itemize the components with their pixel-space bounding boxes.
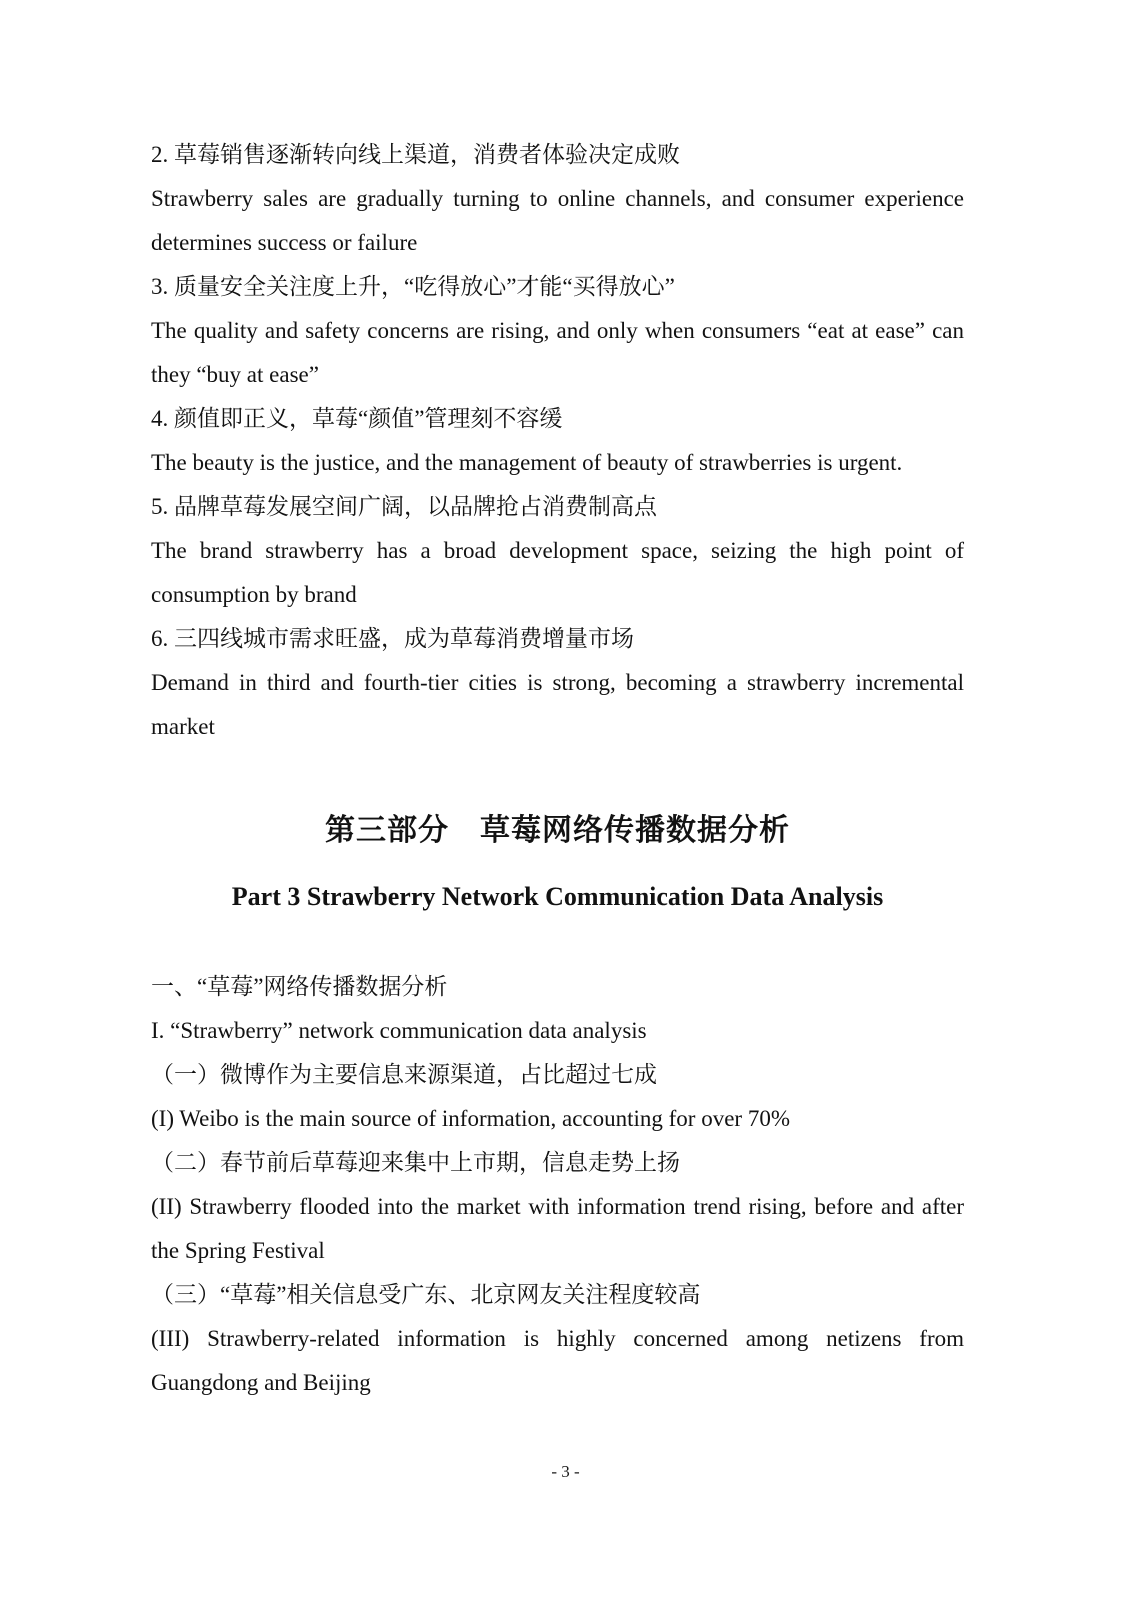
point-2-title-cn: 2. 草莓销售逐渐转向线上渠道，消费者体验决定成败 <box>151 133 964 177</box>
document-page: 2. 草莓销售逐渐转向线上渠道，消费者体验决定成败 Strawberry sal… <box>0 0 1131 1600</box>
point-6-title-cn: 6. 三四线城市需求旺盛，成为草莓消费增量市场 <box>151 617 964 661</box>
analysis-sub1-cn: （一）微博作为主要信息来源渠道，占比超过七成 <box>151 1053 964 1097</box>
section-heading-en: Part 3 Strawberry Network Communication … <box>151 867 964 927</box>
analysis-sub3-en: (III) Strawberry-related information is … <box>151 1317 964 1405</box>
analysis-sub3-cn: （三）“草莓”相关信息受广东、北京网友关注程度较高 <box>151 1273 964 1317</box>
analysis-sub2-cn: （二）春节前后草莓迎来集中上市期，信息走势上扬 <box>151 1141 964 1185</box>
point-5-title-cn: 5. 品牌草莓发展空间广阔，以品牌抢占消费制高点 <box>151 485 964 529</box>
point-5-text-en: The brand strawberry has a broad develop… <box>151 529 964 617</box>
point-4-title-cn: 4. 颜值即正义，草莓“颜值”管理刻不容缓 <box>151 397 964 441</box>
point-6-text-en: Demand in third and fourth-tier cities i… <box>151 661 964 749</box>
section-heading-cn: 第三部分 草莓网络传播数据分析 <box>151 801 964 861</box>
analysis-heading-en: I. “Strawberry” network communication da… <box>151 1009 964 1053</box>
point-3-title-cn: 3. 质量安全关注度上升，“吃得放心”才能“买得放心” <box>151 265 964 309</box>
analysis-sub2-en: (II) Strawberry flooded into the market … <box>151 1185 964 1273</box>
analysis-heading-cn: 一、“草莓”网络传播数据分析 <box>151 965 964 1009</box>
point-4-text-en: The beauty is the justice, and the manag… <box>151 441 964 485</box>
point-2-text-en: Strawberry sales are gradually turning t… <box>151 177 964 265</box>
page-number: - 3 - <box>0 1452 1131 1492</box>
analysis-sub1-en: (I) Weibo is the main source of informat… <box>151 1097 964 1141</box>
point-3-text-en: The quality and safety concerns are risi… <box>151 309 964 397</box>
